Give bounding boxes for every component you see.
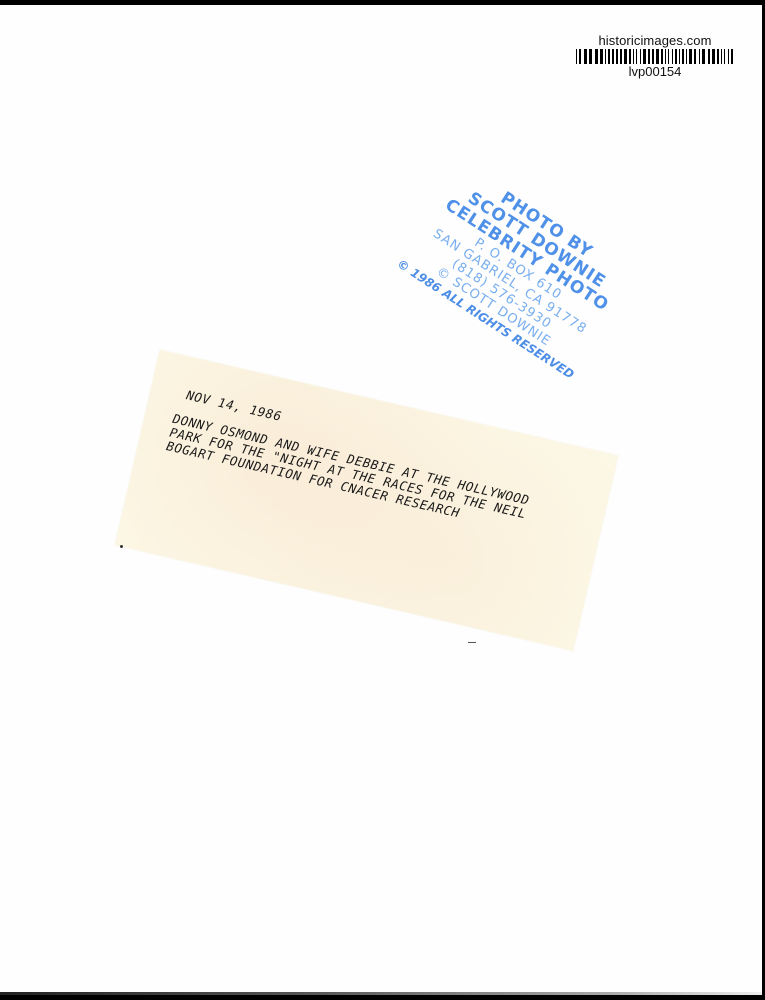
scan-edge <box>0 992 762 995</box>
dust-speck <box>120 545 123 548</box>
archive-site-text: historicimages.com <box>574 33 736 48</box>
archive-id-text: lvp00154 <box>574 65 736 79</box>
archive-label: historicimages.com lvp00154 <box>574 33 736 79</box>
photo-back-page: historicimages.com lvp00154 PHOTO BY SCO… <box>0 5 762 995</box>
caption-slip: NOV 14, 1986 DONNY OSMOND AND WIFE DEBBI… <box>115 350 618 651</box>
photographer-stamp: PHOTO BY SCOTT DOWNIE CELEBRITY PHOTO P.… <box>385 155 648 388</box>
barcode-icon <box>574 49 736 64</box>
dust-speck <box>468 642 476 643</box>
caption-line: PARK FOR THE "NIGHT AT THE RACES FOR THE… <box>168 425 527 521</box>
